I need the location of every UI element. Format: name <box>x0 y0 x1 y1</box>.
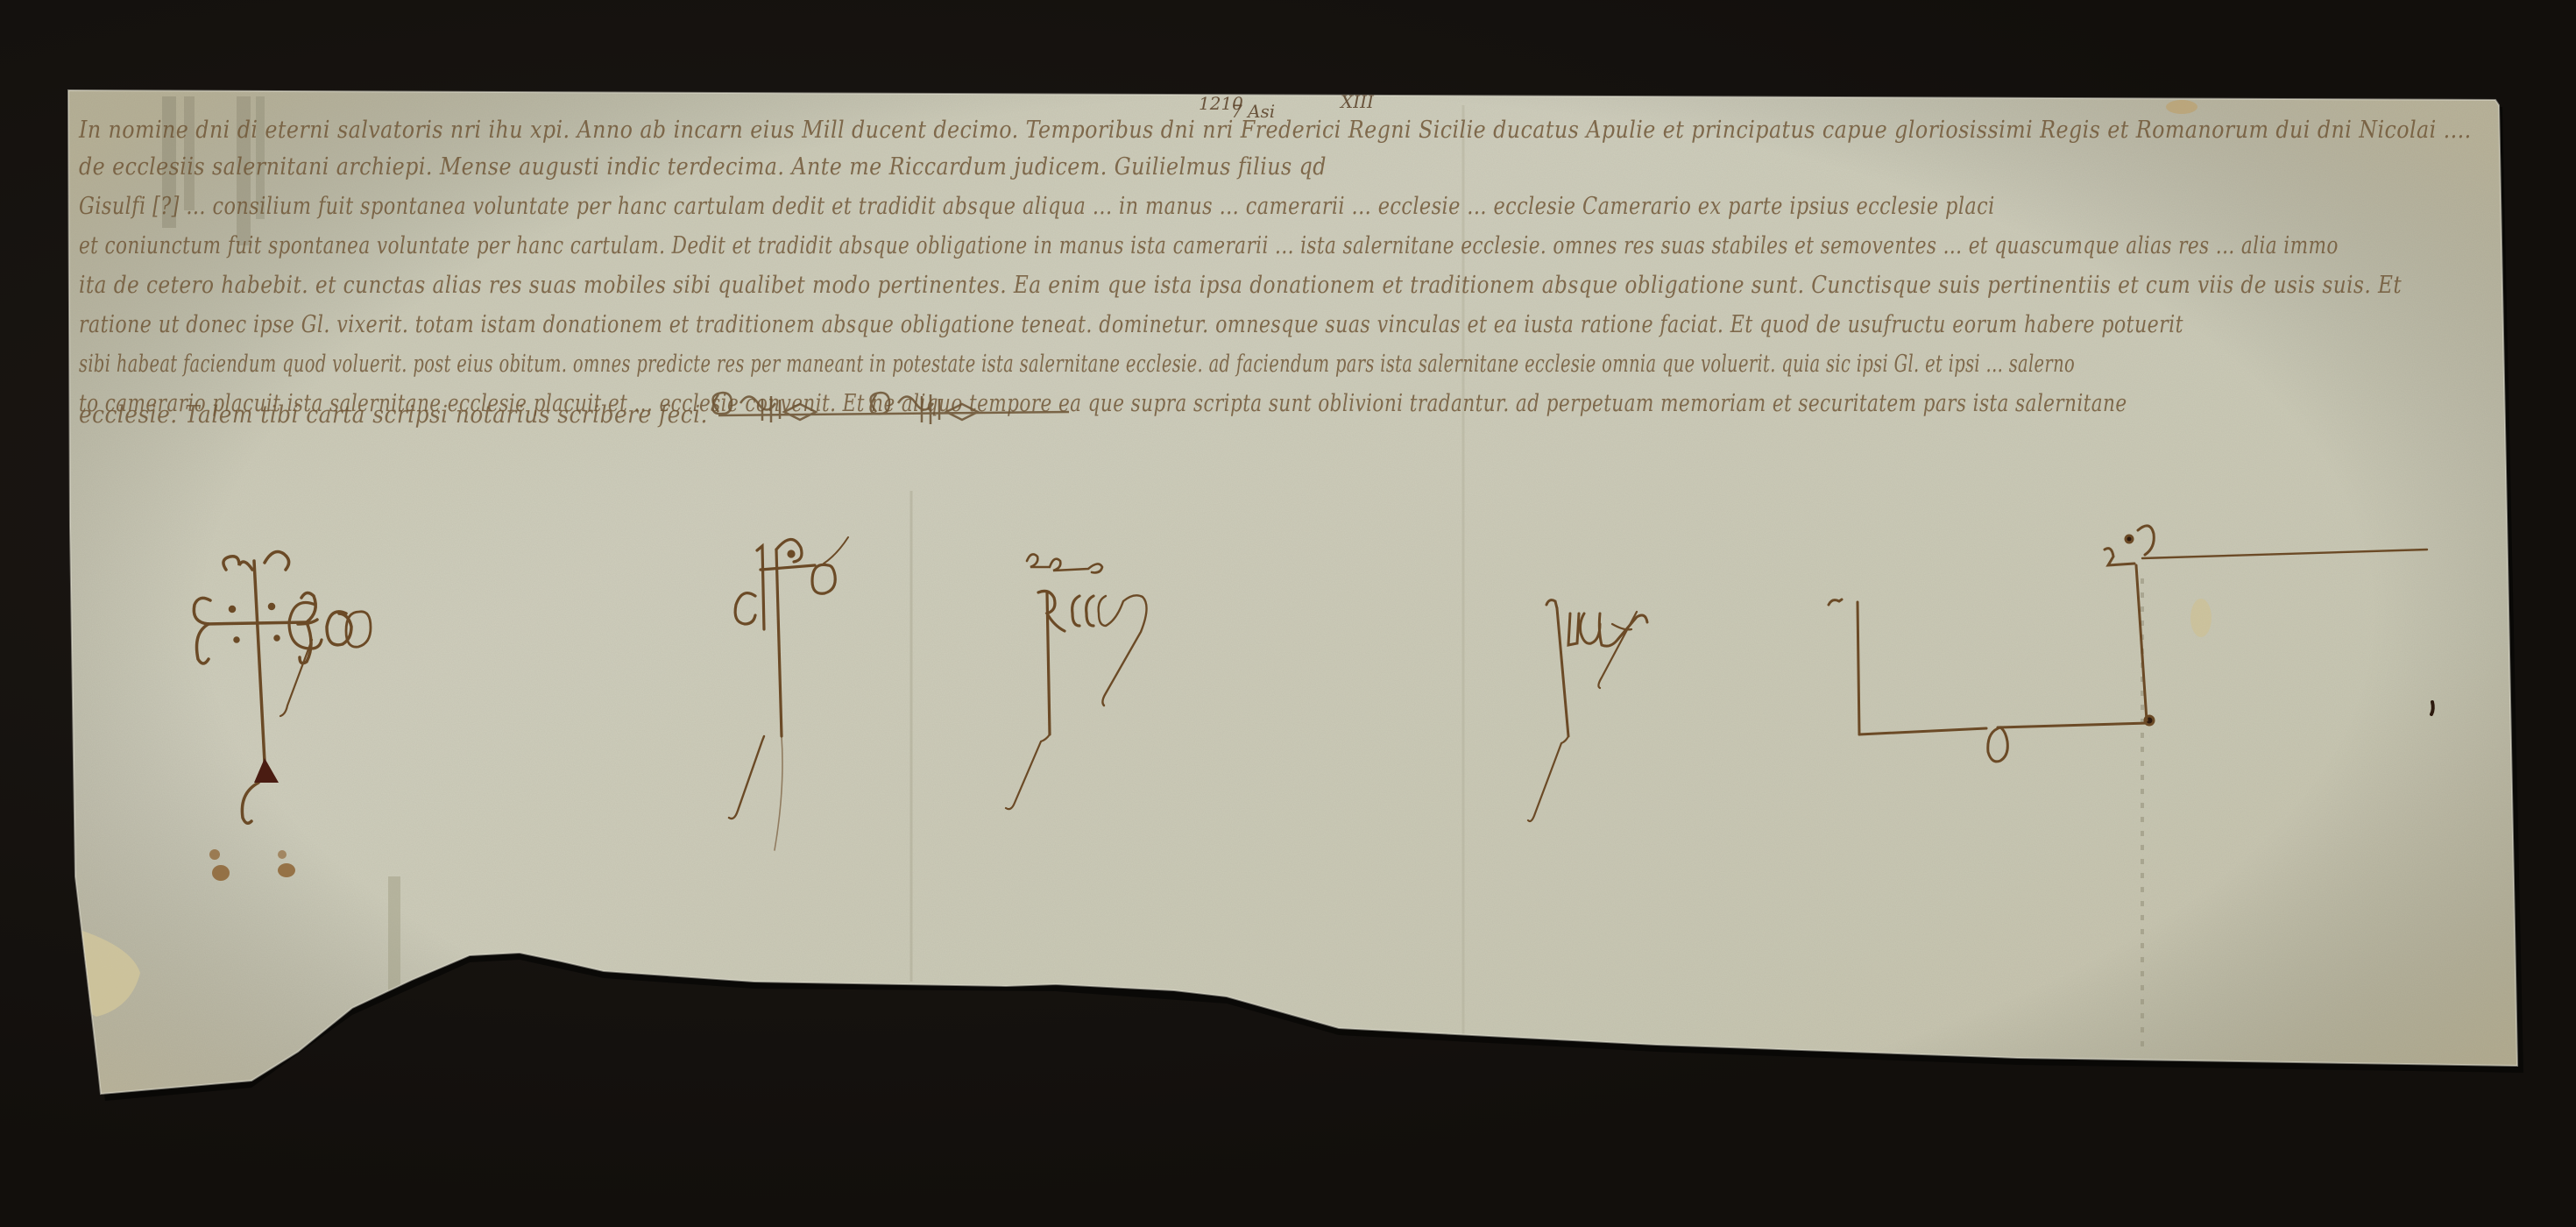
document-stage: 1210 7 Asi XIII In nomine dni di eterni … <box>0 0 2576 1227</box>
parchment-sheet <box>0 0 2576 1227</box>
